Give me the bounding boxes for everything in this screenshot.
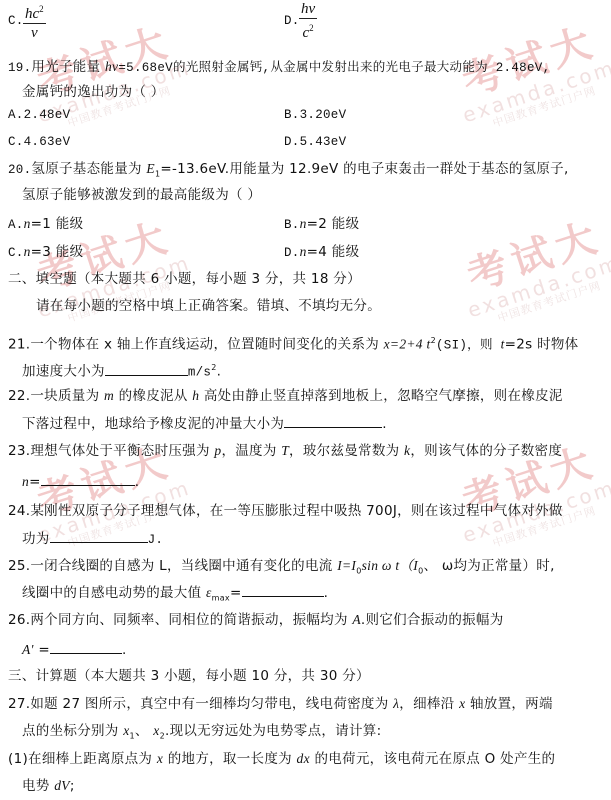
- q26-stem: 26.两个同方向、同频率、同相位的简谐振动，振幅均为 A.则它们合振动的振幅为: [8, 611, 504, 629]
- q20-option-c[interactable]: C.n=3 能级: [8, 243, 83, 262]
- q21-stem: 21.一个物体在 x 轴上作直线运动，位置随时间变化的关系为 x=2+4 t2(…: [8, 332, 578, 355]
- q20-option-d[interactable]: D.n=4 能级: [284, 243, 359, 262]
- q26-stem-line2: A' =.: [22, 640, 127, 659]
- q19-stem-line2: 金属钙的逸出功为（ ）: [22, 83, 165, 101]
- q19-option-c[interactable]: C.4.63eV: [8, 133, 70, 151]
- q24-stem: 24.某刚性双原子分子理想气体，在一等压膨胀过程中吸热 700J，则在该过程中气…: [8, 502, 563, 520]
- q22-stem: 22.一块质量为 m 的橡皮泥从 h 高处由静止竖直掉落到地板上，忽略空气摩擦，…: [8, 387, 563, 405]
- q25-stem: 25.一闭合线圈的自感为 L，当线圈中通有变化的电流 I=I0sin ω t（I…: [8, 557, 555, 581]
- q27-stem-line2: 点的坐标分别为 x1、 x2.现以无穷远处为电势零点，请计算:: [22, 722, 381, 746]
- q24-answer-blank[interactable]: [50, 529, 148, 543]
- q27-part1: (1)在细棒上距离原点为 x 的地方，取一长度为 dx 的电荷元，该电荷元在原点…: [8, 750, 555, 768]
- q18-option-d-label: D.: [284, 12, 300, 30]
- q25-answer-blank[interactable]: [242, 583, 324, 597]
- q19-stem: 19.用光子能量 hv=5.68eV的光照射金属钙,从金属中发射出来的光电子最大…: [8, 58, 550, 77]
- q19-option-a[interactable]: A.2.48eV: [8, 106, 70, 124]
- section2-instruction: 请在每小题的空格中填上正确答案。错填、不填均无分。: [36, 297, 381, 315]
- q18-option-c-fraction: hc2 v: [23, 0, 46, 42]
- q27-part1-line2: 电势 dV;: [22, 777, 75, 795]
- q23-answer-blank[interactable]: [41, 472, 135, 486]
- q20-option-a[interactable]: A.n=1 能级: [8, 215, 83, 234]
- q21-answer-blank[interactable]: [105, 362, 188, 376]
- section3-heading: 三、计算题（本大题共 3 小题，每小题 10 分，共 30 分）: [8, 667, 370, 685]
- q20-stem-line2: 氢原子能够被激发到的最高能级为（ ）: [22, 186, 261, 204]
- q22-answer-blank[interactable]: [284, 414, 382, 428]
- q20-stem: 20.氢原子基态能量为 E1=-13.6eV.用能量为 12.9eV 的电子束轰…: [8, 160, 569, 184]
- q21-stem-line2: 加速度大小为m/s2.: [22, 359, 221, 382]
- q25-stem-line2: 线圈中的自感电动势的最大值 εmax=.: [22, 583, 328, 608]
- q24-stem-line2: 功为J.: [22, 529, 163, 549]
- q19-option-d[interactable]: D.5.43eV: [284, 133, 346, 151]
- q18-option-d-fraction: hv c2: [299, 0, 317, 42]
- q20-option-b[interactable]: B.n=2 能级: [284, 215, 359, 234]
- watermark-top-right: 考试大 examda.com 中国教育考试门户网: [447, 17, 611, 138]
- q23-stem: 23.理想气体处于平衡态时压强为 p，温度为 T，玻尔兹曼常数为 k，则该气体的…: [8, 442, 562, 460]
- q27-stem: 27.如题 27 图所示，真空中有一细棒均匀带电，线电荷密度为 λ，细棒沿 x …: [8, 695, 553, 713]
- q26-answer-blank[interactable]: [50, 640, 122, 654]
- q18-option-c-label: C.: [8, 12, 24, 30]
- q19-option-b[interactable]: B.3.20eV: [284, 106, 346, 124]
- watermark-mid-right: 考试大 examda.com 中国教育考试门户网: [452, 212, 611, 333]
- q23-stem-line2: n=.: [22, 472, 139, 491]
- q22-stem-line2: 下落过程中，地球给予橡皮泥的冲量大小为.: [22, 414, 387, 433]
- section2-heading: 二、填空题（本大题共 6 小题，每小题 3 分，共 18 分）: [8, 270, 361, 288]
